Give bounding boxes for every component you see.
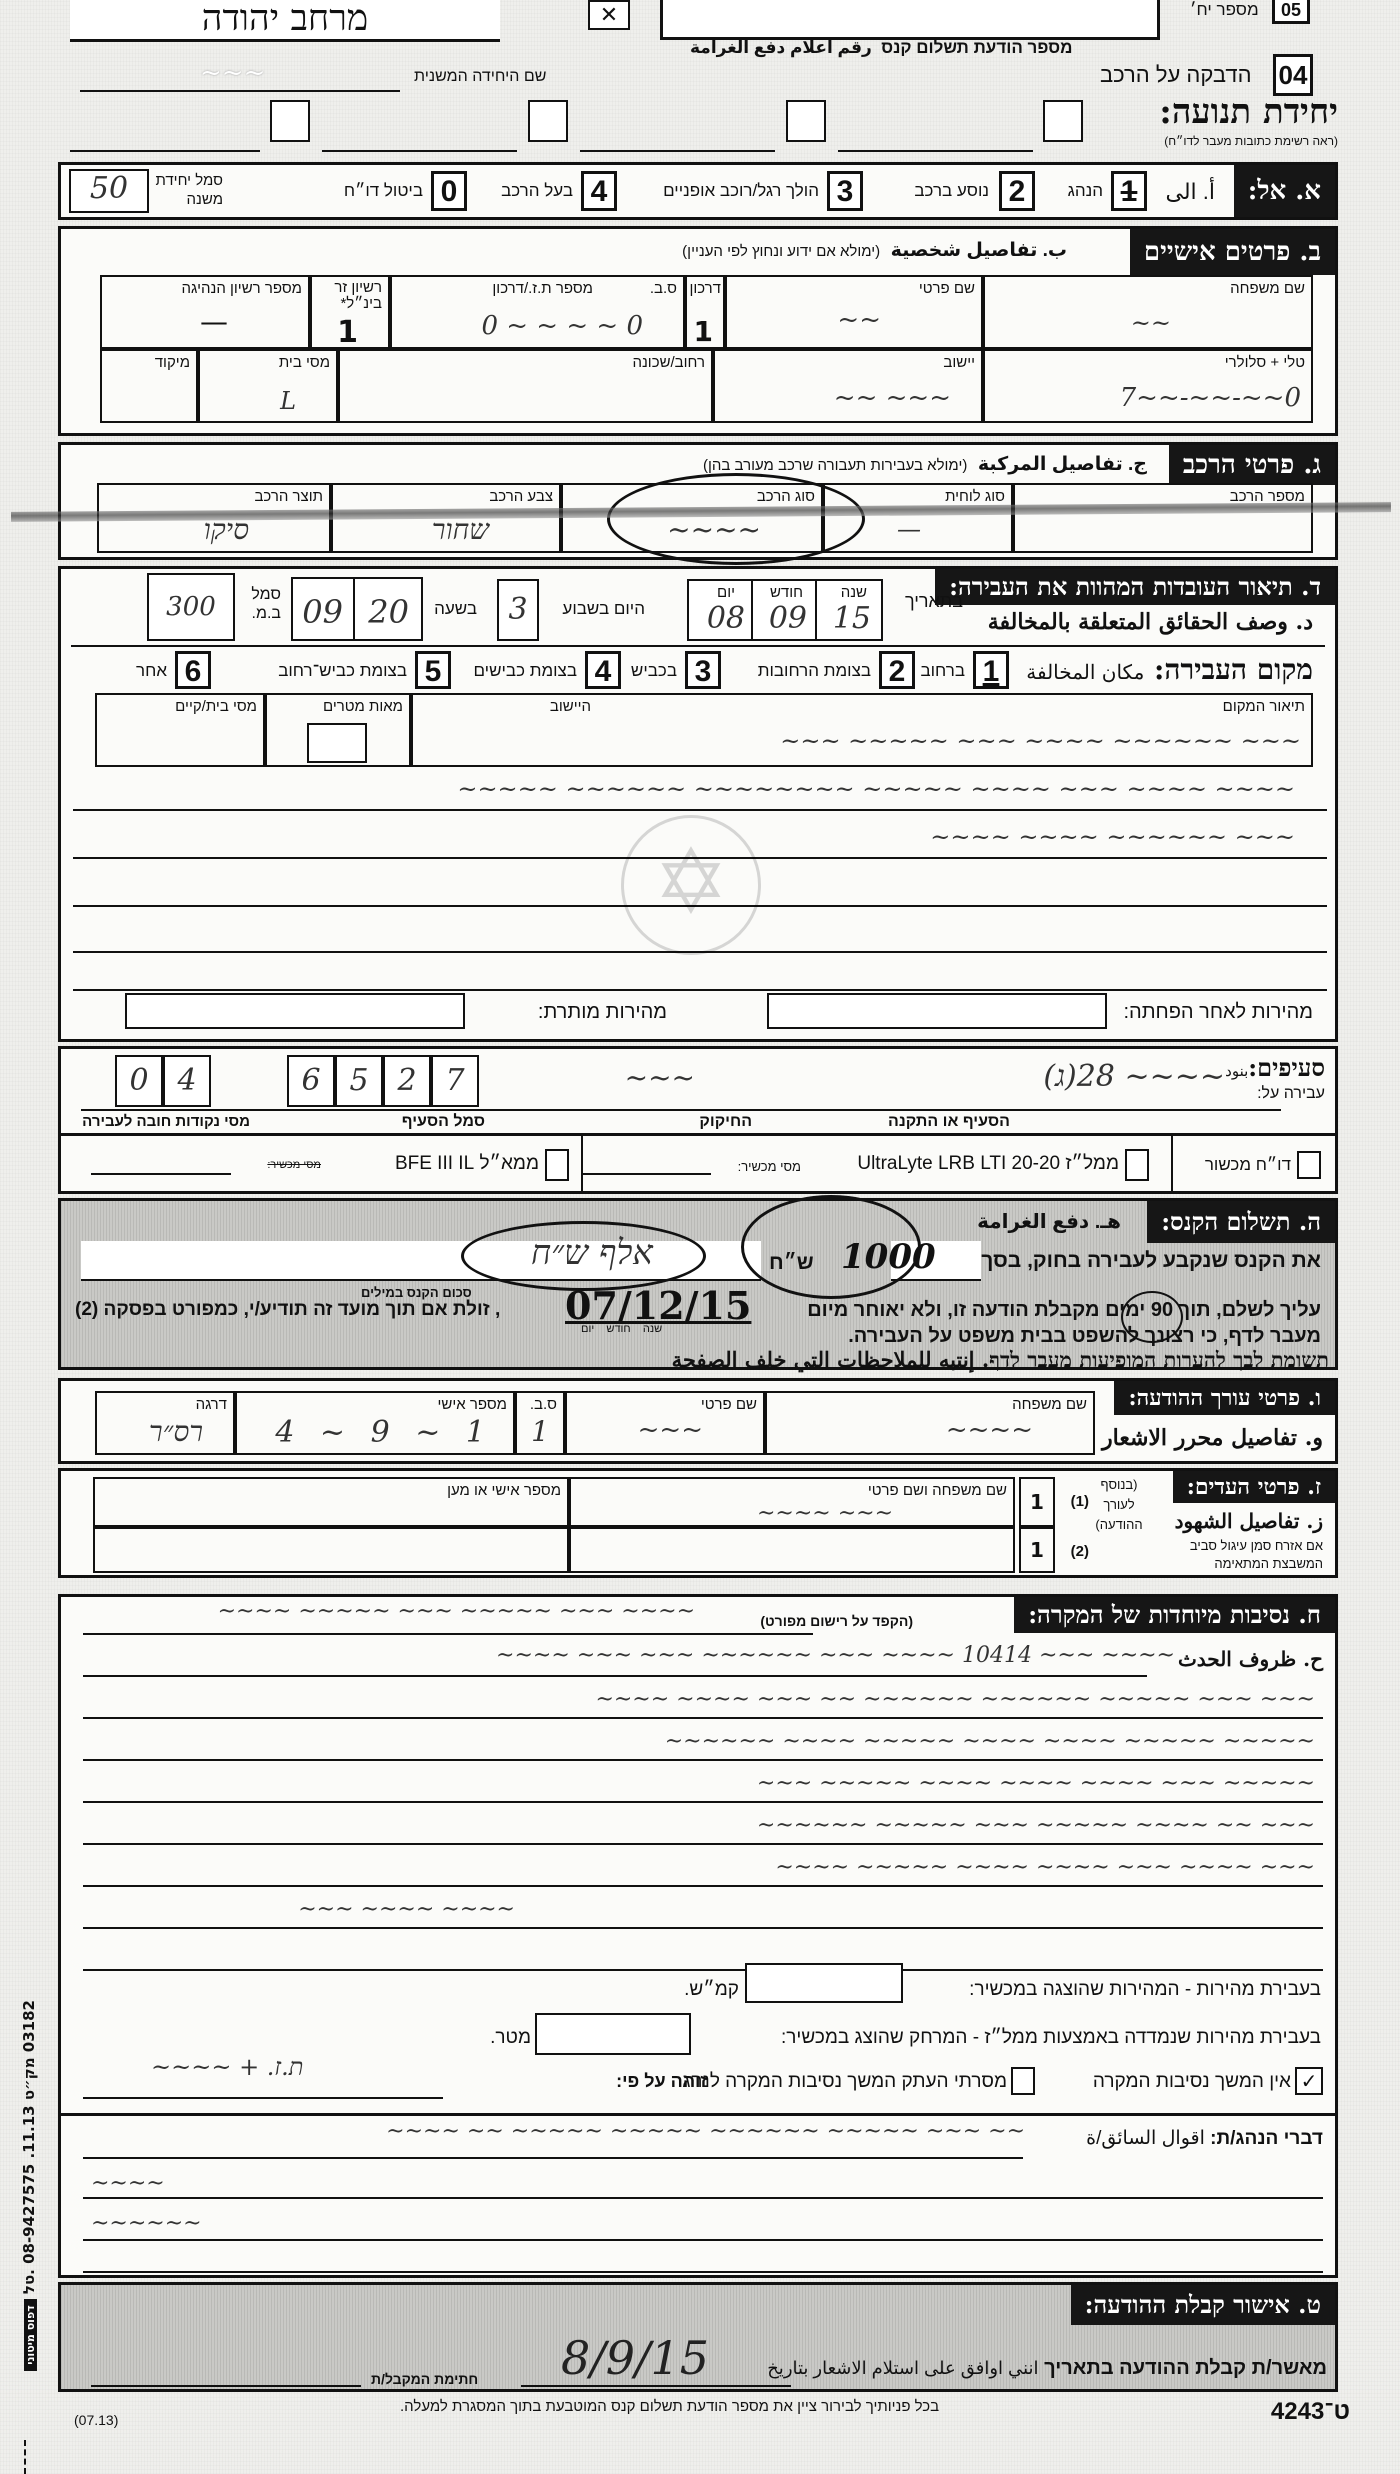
receipt-date: 8/9/15 <box>561 2331 709 2385</box>
recipient-option-2[interactable]: 2 <box>999 171 1035 211</box>
form-version: (07.13) <box>74 2412 118 2428</box>
payment-notice: תשומת לבך להערות המופיעות מעבר לדף. إنتب… <box>672 1347 1329 1373</box>
section-b-personal: ב. פרטים אישיים ب. تفاصيل شخصية (ימולא א… <box>58 226 1338 436</box>
clauses-section: סעיפים:بنود עבירה על: ~~~~ 28(ג) ~~~ 6 5… <box>58 1046 1338 1194</box>
witness-1-id-field[interactable]: מספר אישי או מען <box>93 1477 569 1527</box>
issuer-first-name-field[interactable]: שם פרטי ~~~ <box>565 1391 765 1455</box>
location-option-6[interactable]: 6 <box>175 651 211 689</box>
recipient-option-1[interactable]: 1 <box>1111 171 1147 211</box>
driver-line-3 <box>83 2271 1323 2273</box>
offense-on-label: עבירה על: <box>1257 1085 1325 1103</box>
signature-label: חתימת המקבל/ת <box>371 2371 478 2387</box>
circ-line-7 <box>83 1927 1323 1929</box>
deadline-labels: שנה חודש יום <box>581 1323 662 1335</box>
deadline-date[interactable]: 07/12/15 <box>565 1283 751 1328</box>
sub-unit-name-value: ~~~ <box>200 58 265 88</box>
distance-unit: מטר. <box>490 2027 531 2049</box>
printer-strip: 03182 מק״ט 11.13. 08-9427575 .טל דפוס מי… <box>20 2000 38 2440</box>
passport-field[interactable]: דרכון 1 <box>685 275 725 349</box>
clauses-title: סעיפים:بنود <box>1225 1053 1325 1083</box>
section-d-subheader: د. وصف الحقائق المتعلقة بالمخالفة <box>988 609 1313 635</box>
section-label: הסעיף או התקנה <box>888 1113 1010 1131</box>
gave-copy-checkbox[interactable] <box>1011 2067 1035 2095</box>
section-e-subheader: هـ. دفع الغرامة <box>977 1209 1121 1234</box>
weekday-label: היום בשבוע <box>562 599 645 619</box>
section-b-subheader: ب. تفاصيل شخصية (ימולא אם ידוע ונחוץ לפי… <box>682 239 1067 262</box>
radar-label: ממא״ל BFE III IL <box>395 1153 539 1175</box>
witness-2-id-field[interactable] <box>93 1527 569 1573</box>
sub-unit-name-line <box>80 90 400 92</box>
location-option-4-label: בצומת כבישים <box>473 661 577 681</box>
district-name-box: מרחב יהודה <box>70 0 500 42</box>
sub-unit-symbol-label: סמל יחידת משנה <box>143 171 223 209</box>
unit-line-1 <box>70 150 260 152</box>
location-title: מקום העבירה: مكان المخالفة <box>1026 653 1313 687</box>
family-name-field[interactable]: שם משפחה ~~ <box>983 275 1313 349</box>
speed-display-field[interactable] <box>745 1963 903 2003</box>
desc-line-5 <box>73 989 1327 991</box>
unit-code-box: 05 <box>1272 0 1310 24</box>
recipient-option-3-label: הולך רגל/רוכב אופניים <box>663 181 819 201</box>
clause-symbol-digit-4[interactable]: 7 <box>431 1055 479 1107</box>
circumstances-line-1: ~~~~ ~~~ 10414 ~~~~ ~~~ ~~~~~~ ~~~ ~~~ ~… <box>496 1643 1175 1668</box>
intl-license-field[interactable]: רשיון זר בינ״ל* 1 <box>310 275 390 349</box>
section-e-header: ה. תשלום הקנס: <box>1147 1201 1335 1243</box>
amount-words-label: סכום הקנס במילים <box>361 1285 472 1300</box>
zip-field[interactable]: מיקוד <box>100 349 198 423</box>
time-field[interactable]: 20 09 <box>291 577 423 641</box>
sub-unit-name-label: שם היחידה המשנית <box>414 68 546 86</box>
section-t-receipt: ט. אישור קבלת ההודעה: מאשר/ת קבלת ההודעה… <box>58 2282 1338 2392</box>
no-continuation-checkbox[interactable]: ✓ <box>1295 2067 1323 2095</box>
house-km-field[interactable]: מסי בית/קיים <box>95 693 265 767</box>
amount-words-circle <box>461 1221 706 1291</box>
witness-citizen-note: אם אזרח סמן עיגול סביב המשבצת המתאימה <box>1163 1537 1323 1573</box>
identified-by-label: זוהה על פי: <box>616 2071 707 2092</box>
speed-unit: קמ״ש. <box>684 1979 739 2001</box>
clauses-line <box>81 1109 1281 1111</box>
date-label: בתאריך <box>905 591 963 612</box>
place-description-field[interactable]: תיאור המקום היישוב ~~~ ~~~~~~ ~~~~ ~~~ ~… <box>411 693 1313 767</box>
radar-device-number-field[interactable] <box>91 1173 231 1175</box>
no-continuation-label: אין המשך נסיבות המקרה <box>1093 2071 1291 2093</box>
circ-line-1 <box>83 1675 1147 1677</box>
allowed-speed-label: מהירות מותרת: <box>538 1001 667 1024</box>
district-name: מרחב יהודה <box>202 0 369 39</box>
traffic-unit-note: (ראה רשימת כתובות מעבר לדו״ח) <box>1164 134 1338 148</box>
sticker-label: הדבקה על הרכב <box>1100 62 1252 88</box>
law-label: החיקוק <box>699 1113 752 1131</box>
witness-2-name-field[interactable] <box>569 1527 1015 1573</box>
witness-1-box[interactable]: 1 <box>1019 1477 1055 1527</box>
location-option-5[interactable]: 5 <box>415 651 451 689</box>
device-divider-2 <box>581 1135 583 1191</box>
distance-field[interactable] <box>535 2013 691 2055</box>
vehicle-number-field[interactable]: מספר הרכב <box>1013 483 1313 553</box>
radar-device-number-label: מסי מכשיר: <box>267 1159 321 1171</box>
payment-line-2: עליך לשלם, תוך 90 ימים מקבלת הודעה זו, ו… <box>807 1299 1321 1322</box>
location-option-3[interactable]: 3 <box>685 651 721 689</box>
section-d-divider <box>71 645 1325 647</box>
clause-symbol-digit-2[interactable]: 5 <box>335 1055 383 1107</box>
distance-label: בעבירת מהירות שנמדדה באמצעות ממל״ז - המר… <box>781 2027 1321 2049</box>
speed-after-reduction-field[interactable] <box>767 993 1107 1029</box>
location-option-3-label: בכביש <box>631 661 677 681</box>
circumstances-line-3: ~~~~~ ~~~~~ ~~~~ ~~~~ ~~~~~ ~~~~ ~~~~~~ <box>665 1729 1315 1754</box>
driver-line-1 <box>83 2197 1323 2199</box>
circumstances-line-4: ~~~~~ ~~~ ~~~~ ~~~~ ~~~~ ~~~~~ ~~~ <box>757 1771 1315 1796</box>
first-name-field[interactable]: שם פרטי ~~ <box>725 275 983 349</box>
speed-display-label: בעבירת מהירות - המהירות שהוצגה במכשיר: <box>969 1979 1321 2001</box>
circumstances-line-2: ~~~ ~~~ ~~~~~ ~~~~~~ ~~~~~~ ~~ ~~~ ~~~~ … <box>595 1687 1315 1712</box>
unit-box-2[interactable] <box>528 100 568 142</box>
circ-line-2 <box>83 1717 1323 1719</box>
receipt-confirm-text: מאשר/ת קבלת ההודעה בתאריך انني اوافق على… <box>767 2357 1327 2380</box>
days-circle <box>1121 1291 1183 1343</box>
issuer-family-name-field[interactable]: שם משפחה ~~~~ <box>765 1391 1095 1455</box>
payment-line-1: את הקנס שנקבע לעבירה בחוק, בסך <box>981 1249 1321 1273</box>
section-t-header: ט. אישור קבלת ההודעה: <box>1071 2285 1335 2325</box>
circumstances-line-0: ~~~~ ~~~ ~~~~~ ~~~ ~~~~~ ~~~~ <box>218 1599 695 1624</box>
radar-checkbox[interactable] <box>545 1149 569 1181</box>
section-h-circumstances: ח. נסיבות מיוחדות של המקרה: (הקפד על ריש… <box>58 1594 1338 2278</box>
circ-line-8 <box>83 1969 1323 1971</box>
witness-1-name-field[interactable]: שם משפחה ושם פרטי ~~~ ~~~~ <box>569 1477 1015 1527</box>
driver-line-2 <box>83 2239 1323 2241</box>
allowed-speed-field[interactable] <box>125 993 465 1029</box>
license-number-field[interactable]: מספר רשיון הנהיגה — <box>100 275 310 349</box>
recipient-option-4[interactable]: 4 <box>581 171 617 211</box>
section-h-subheader: ح. ظروف الحدث <box>1178 1647 1323 1671</box>
date-day: 08 <box>707 601 745 636</box>
house-number-field[interactable]: מסי בית L <box>198 349 338 423</box>
location-option-6-label: אחר <box>136 661 167 681</box>
location-option-2-label: בצומת הרחובות <box>758 661 871 681</box>
circ-line-5 <box>83 1843 1323 1845</box>
witness-2-box[interactable]: 1 <box>1019 1527 1055 1573</box>
unit-line-4 <box>838 150 1033 152</box>
laser-checkbox[interactable] <box>1125 1149 1149 1181</box>
recipient-option-0[interactable]: 0 <box>431 171 467 211</box>
gave-copy-label: מסרתי העתק המשך נסיבות המקרה לנהג <box>682 2071 1007 2093</box>
desc-line-1-text: ~~~~ ~~~~ ~~~ ~~~~ ~~~~~ ~~~~~~~~ ~~~~~~… <box>457 775 1295 803</box>
phone-field[interactable]: טלי + סלולרי 0~~-~~-~~7 <box>983 349 1313 423</box>
recipient-option-4-label: בעל הרכב <box>501 181 573 201</box>
fine-notice-number-box <box>660 0 1160 40</box>
police-emblem-watermark: ✡ <box>621 815 761 955</box>
traffic-unit-title: יחידת תנועה: <box>1159 92 1338 132</box>
driver-words-label: דברי הנהג/ת: اقوال السائق/ة <box>1086 2127 1323 2150</box>
clause-symbol-digit-1[interactable]: 6 <box>287 1055 335 1107</box>
witness-1-index: (1) <box>1071 1493 1089 1510</box>
witness-besides-note: (בנוסף לעורך ההודעה) <box>1093 1475 1145 1535</box>
section-g-header: ז. פרטי העדים: <box>1173 1471 1335 1503</box>
payment-line-2-suffix: , זולת אם תוך מועד זה תודיע/י, כמפורט בפ… <box>75 1299 500 1321</box>
street-field[interactable]: רחוב/שכונה <box>338 349 713 423</box>
identified-by-field[interactable] <box>83 2097 443 2099</box>
top-check-box[interactable]: ✕ <box>588 0 630 30</box>
hundreds-meters-field[interactable]: מאות מטרים <box>265 693 411 767</box>
section-f-header: ו. פרטי עורך ההודעה: <box>1114 1381 1335 1415</box>
time-label: בשעה <box>434 599 477 619</box>
recipient-option-1-label: הנהג <box>1068 181 1103 201</box>
location-option-5-label: בצומת כביש־רחוב <box>278 661 407 681</box>
speed-after-reduction-label: מהירות לאחר הפחתה: <box>1123 1001 1313 1024</box>
id-number-field[interactable]: ס.ב. מספר ת.ז./דרכון 0 ~ ~ ~ ~ 0 <box>390 275 685 349</box>
device-report-checkbox[interactable] <box>1297 1151 1321 1179</box>
desc-line-1 <box>73 809 1327 811</box>
witness-2-index: (2) <box>1071 1543 1089 1560</box>
to-label-ar: أ. الى <box>1166 179 1216 205</box>
unit-line-3 <box>580 150 775 152</box>
points-label: מסי נקודות חובה לעבירה <box>82 1113 250 1130</box>
weekday-field[interactable]: 3 <box>497 579 539 641</box>
unit-box-1[interactable] <box>270 100 310 142</box>
section-h-header: ח. נסיבות מיוחדות של המקרה: <box>1014 1597 1335 1633</box>
clause-section-value[interactable]: ~~~~ 28(ג) <box>1043 1059 1225 1094</box>
time-minute: 20 <box>368 593 409 631</box>
payment-line-3: מעבר לדף, כי רצונך להשפט בבית משפט על הע… <box>848 1325 1321 1348</box>
driver-words-line-1: ~~~~ <box>91 2171 165 2196</box>
date-year: 15 <box>833 601 871 636</box>
laser-device-number-field[interactable] <box>581 1173 711 1175</box>
issuer-rank-field[interactable]: דרגה רס״ר <box>95 1391 235 1455</box>
section-f-issuer: ו. פרטי עורך ההודעה: و. تفاصيل محرر الاش… <box>58 1378 1338 1464</box>
bm-symbol-field[interactable]: 300 <box>147 573 235 641</box>
symbol-label: סמל הסעיף <box>402 1113 485 1131</box>
date-month: 09 <box>769 601 807 636</box>
driver-words-line-2: ~~~~~~ <box>91 2211 202 2236</box>
bm-symbol-label: סמל ב.מ. <box>241 585 281 623</box>
driver-line-0 <box>83 2157 1023 2159</box>
section-b-header: ב. פרטים אישיים <box>1130 229 1335 275</box>
section-f-subheader: و. تفاصيل محرر الاشعار <box>1102 1425 1323 1451</box>
section-h-divider <box>61 2113 1335 2116</box>
circumstances-line-5: ~~~ ~~ ~~~~ ~~~~~ ~~~ ~~~~~ ~~~~~~ <box>757 1813 1315 1838</box>
section-d-header: ד. תיאור העובדות המהוות את העבירה: <box>935 569 1335 605</box>
device-report-label: דו״ח מכשור <box>1205 1155 1291 1175</box>
recipient-option-3[interactable]: 3 <box>827 171 863 211</box>
law-value[interactable]: ~~~ <box>625 1061 695 1094</box>
unit-box-3[interactable] <box>786 100 826 142</box>
location-option-2[interactable]: 2 <box>879 651 915 689</box>
section-c-vehicle: ג. פרטי הרכב ج. تفاصيل المركبة (ימולא בע… <box>58 442 1338 560</box>
points-digit-1[interactable]: 0 <box>115 1055 163 1107</box>
section-g-witnesses: ז. פרטי העדים: ز. تفاصيل الشهود אם אזרח … <box>58 1468 1338 1578</box>
cut-dashed-line <box>24 2440 26 2474</box>
device-divider-1 <box>1171 1135 1173 1191</box>
laser-device-number-label: מסי מכשיר: <box>738 1159 801 1174</box>
points-digit-2[interactable]: 4 <box>163 1055 211 1107</box>
clauses-divider <box>61 1133 1335 1136</box>
identified-by-value: ת.ז. + ~~~~ <box>151 2053 303 2082</box>
circumstances-line-7: ~~~~ ~~~~ ~~~ <box>298 1897 515 1922</box>
fine-notice-number-label: מספר הודעת תשלום קנס رقم اعلام دفع الغرا… <box>690 38 1072 58</box>
amount-digits-circle <box>741 1195 921 1299</box>
signature-field[interactable] <box>91 2385 361 2387</box>
laser-label: ממל״ז UltraLyte LRB LTI 20-20 <box>857 1153 1119 1175</box>
sub-unit-symbol-value[interactable]: 50 <box>69 169 149 213</box>
circ-line-3 <box>83 1759 1323 1761</box>
desc-line-2-text: ~~~ ~~~~~~ ~~~~ ~~~~ <box>930 823 1295 851</box>
section-a-to: א. אל: أ. الى 1 הנהג 2 נוסע ברכב 3 הולך … <box>58 162 1338 220</box>
form-number: ט־4243 <box>1271 2398 1350 2426</box>
section-d-facts: ד. תיאור העובדות המהוות את העבירה: د. وص… <box>58 566 1338 1042</box>
settlement-field[interactable]: יישוב ~~~ ~~ <box>713 349 983 423</box>
unit-box-4[interactable] <box>1043 100 1083 142</box>
issuer-personal-number-field[interactable]: מספר אישי 4 ~ 9 ~ 1 <box>235 1391 515 1455</box>
unit-code-label: מספר יח׳ <box>1190 0 1259 20</box>
section-c-subheader: ج. تفاصيل المركبة (ימולא בעבירות תעבורה … <box>703 453 1147 476</box>
sticker-code-box: 04 <box>1273 54 1313 96</box>
section-h-note: (הקפד על רישום מפורט) <box>760 1613 913 1629</box>
vehicle-type-circle <box>607 473 865 565</box>
circ-line-0 <box>83 1633 813 1635</box>
location-option-4[interactable]: 4 <box>585 651 621 689</box>
date-field[interactable]: שנה חודש יום 15 09 08 <box>687 579 883 641</box>
issuer-check-digit-field[interactable]: ס.ב. 1 <box>515 1391 565 1455</box>
footer-note: בכל פניותיך לבירור ציין את מספר הודעת תש… <box>400 2398 939 2415</box>
location-option-1-label: ברחוב <box>920 661 965 681</box>
driver-words-line-0: ~~ ~~~ ~~~~~ ~~~~~~ ~~~~~ ~~~~~ ~~ ~~~~ <box>386 2119 1025 2144</box>
circ-line-4 <box>83 1801 1323 1803</box>
circumstances-line-6: ~~~ ~~~~ ~~~ ~~~~ ~~~~ ~~~~~ ~~~~ <box>775 1855 1315 1880</box>
time-hour: 09 <box>302 593 343 631</box>
recipient-option-2-label: נוסע ברכב <box>914 181 989 201</box>
location-option-1[interactable]: 1 <box>973 651 1009 689</box>
recipient-option-0-label: ביטול דו״ח <box>344 181 423 201</box>
section-c-header: ג. פרטי הרכב <box>1169 445 1335 485</box>
section-e-payment: ה. תשלום הקנס: هـ. دفع الغرامة את הקנס ש… <box>58 1198 1338 1370</box>
clause-symbol-digit-3[interactable]: 2 <box>383 1055 431 1107</box>
circ-line-6 <box>83 1885 1323 1887</box>
traffic-ticket-form: מרחב יהודה ✕ מספר הודעת תשלום קנס رقم اع… <box>0 0 1400 2474</box>
receipt-date-field[interactable] <box>521 2385 791 2387</box>
unit-line-2 <box>322 150 517 152</box>
section-a-header: א. אל: <box>1234 165 1335 217</box>
section-g-subheader: ز. تفاصيل الشهود <box>1175 1509 1323 1533</box>
